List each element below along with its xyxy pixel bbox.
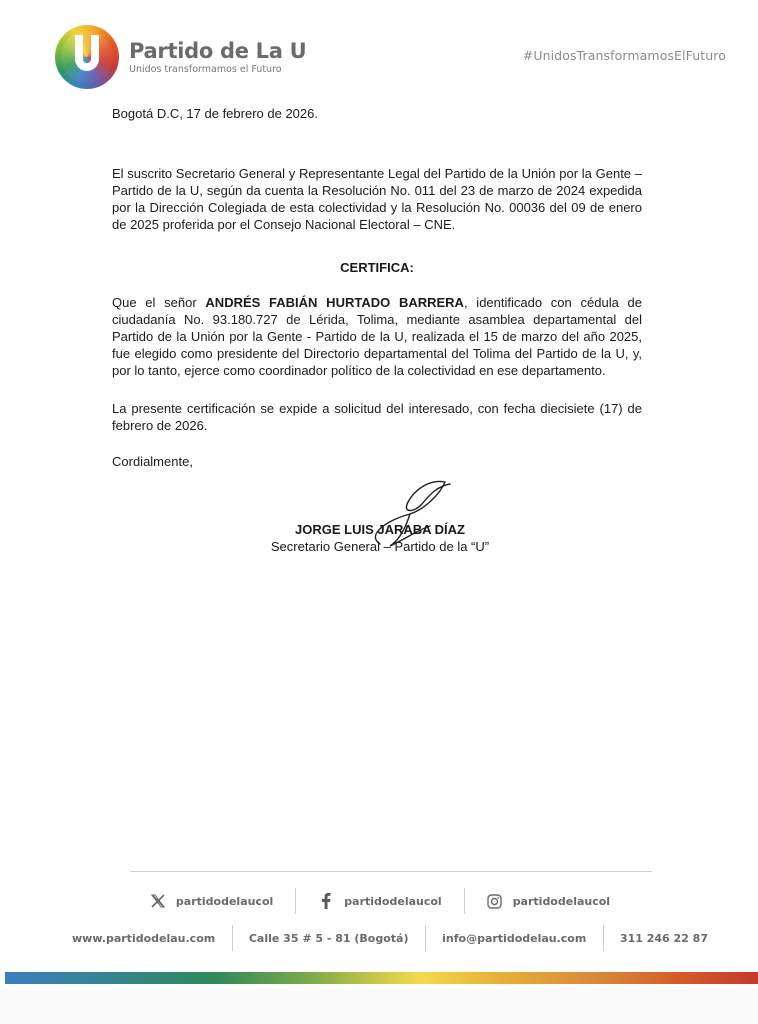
phone-text: 311 246 22 87 [608,932,720,945]
signer-name: JORGE LUIS JARABA DÍAZ [230,521,530,538]
social-x[interactable]: partidodelaucol [128,893,295,909]
certified-person-name: ANDRÉS FABIÁN HURTADO BARRERA [205,295,464,310]
intro-paragraph: El suscrito Secretario General y Represe… [112,165,642,233]
logo-title: Partido de La U [129,39,306,63]
certify-paragraph: Que el señor ANDRÉS FABIÁN HURTADO BARRE… [112,294,642,379]
address-text: Calle 35 # 5 - 81 (Bogotá) [237,932,421,945]
social-links: partidodelaucol partidodelaucol partidod… [120,888,640,914]
facebook-handle: partidodelaucol [344,895,441,908]
regards: Cordialmente, [112,453,642,470]
email-link[interactable]: info@partidodelau.com [430,932,598,945]
social-facebook[interactable]: partidodelaucol [296,893,463,909]
letter-page: Partido de La U Unidos transformamos el … [0,0,758,990]
x-icon [150,893,166,909]
contact-separator [232,925,233,951]
header-hashtag: #UnidosTransformamosElFuturo [523,48,726,63]
closing-paragraph: La presente certificación se expide a so… [112,400,642,434]
instagram-handle: partidodelaucol [513,895,610,908]
contact-separator [425,925,426,951]
date-text: Bogotá D.C, 17 de febrero de 2026. [112,105,642,122]
party-logo: Partido de La U Unidos transformamos el … [55,25,306,89]
letter-date: Bogotá D.C, 17 de febrero de 2026. [112,105,642,122]
social-instagram[interactable]: partidodelaucol [465,893,632,909]
signer-role: Secretario General – Partido de la “U” [230,538,530,555]
contact-info: www.partidodelau.com Calle 35 # 5 - 81 (… [60,925,720,951]
footer-divider [130,871,652,872]
rainbow-footer-bar [5,972,758,984]
facebook-icon [318,893,334,909]
logo-u-icon [72,35,102,75]
regards-text: Cordialmente, [112,453,642,470]
contact-separator [603,925,604,951]
instagram-icon [487,893,503,909]
logo-subtitle: Unidos transformamos el Futuro [129,64,306,76]
intro-text: El suscrito Secretario General y Represe… [112,165,642,233]
logo-rainbow-circle [55,25,119,89]
certify-prefix: Que el señor [112,295,205,310]
certifica-heading: CERTIFICA: [112,260,642,275]
closing-text: La presente certificación se expide a so… [112,400,642,434]
x-handle: partidodelaucol [176,895,273,908]
website-link[interactable]: www.partidodelau.com [60,932,227,945]
